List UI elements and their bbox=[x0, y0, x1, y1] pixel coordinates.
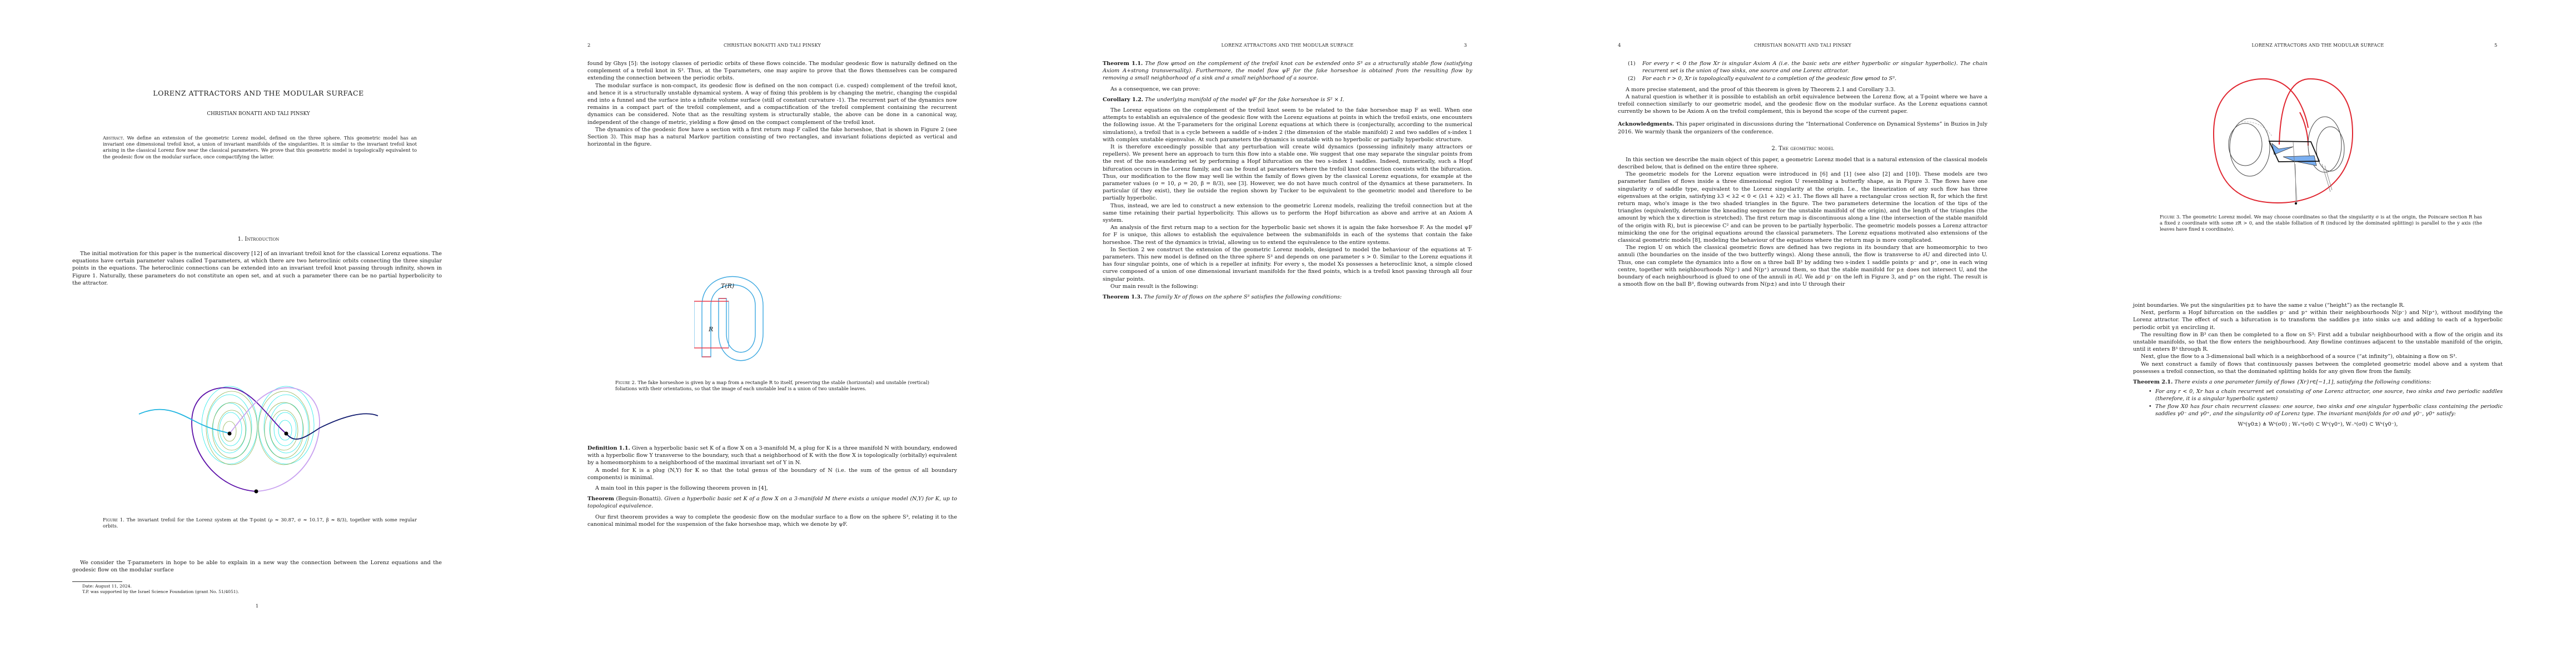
condition-item: The flow X0 has four chain recurrent cla… bbox=[2148, 403, 2503, 417]
paragraph: The geometric models for the Lorenz equa… bbox=[1618, 171, 1987, 244]
paragraph: The region U on which the classical geom… bbox=[1618, 244, 1987, 288]
footnote-date: Date: August 11, 2024. bbox=[82, 584, 239, 589]
page-2: 2 CHRISTIAN BONATTI AND TALI PINSKY foun… bbox=[515, 0, 1030, 667]
theorem-beguin-bonatti: Theorem (Beguin-Bonatti). Given a hyperb… bbox=[587, 495, 957, 510]
acknowledgments: Acknowledgments. This paper originated i… bbox=[1618, 121, 1987, 135]
paragraph: In this section we describe the main obj… bbox=[1618, 156, 1987, 171]
page-3: LORENZ ATTRACTORS AND THE MODULAR SURFAC… bbox=[1030, 0, 1546, 667]
figure-3-caption: Figure 3. The geometric Lorenz model. We… bbox=[2160, 214, 2482, 233]
theorem-label: Theorem 2.1. bbox=[2133, 379, 2173, 385]
abstract-text: We define an extension of the geometric … bbox=[103, 135, 417, 160]
paragraph: The resulting flow in B³ can then be com… bbox=[2133, 331, 2503, 354]
paper-authors: CHRISTIAN BONATTI AND TALI PINSKY bbox=[72, 111, 445, 117]
condition-item: (1)For every r < 0 the flow Xr is singul… bbox=[1628, 60, 1987, 74]
page-number: 3 bbox=[1464, 42, 1467, 48]
page-5: LORENZ ATTRACTORS AND THE MODULAR SURFAC… bbox=[2061, 0, 2576, 667]
figure-1-caption-text: The invariant trefoil for the Lorenz sys… bbox=[103, 517, 417, 529]
footnotes: Date: August 11, 2024. T.P. was supporte… bbox=[82, 584, 239, 595]
model-paragraph: A model for K is a plug (N,Y) for K so t… bbox=[587, 467, 957, 481]
paragraph: The dynamics of the geodesic flow have a… bbox=[587, 126, 957, 148]
page-4: 4 CHRISTIAN BONATTI AND TALI PINSKY (1)F… bbox=[1546, 0, 2061, 667]
theorem-text: The flow φmod on the complement of the t… bbox=[1103, 61, 1472, 81]
figure-3-label: Figure 3. bbox=[2160, 214, 2181, 220]
corollary-text: The underlying manifold of the model ψF … bbox=[1145, 97, 1344, 103]
theorem-text: There exists a one parameter family of f… bbox=[2174, 379, 2431, 385]
paragraph: We next construct a family of flows that… bbox=[2133, 361, 2503, 375]
item-text: For each r > 0, Xr is topologically equi… bbox=[1642, 76, 1896, 82]
definition-text: Given a hyperbolic basic set K of a flow… bbox=[587, 445, 957, 466]
section-title-introduction: 1. Introduction bbox=[72, 236, 445, 242]
condition-item: (2)For each r > 0, Xr is topologically e… bbox=[1628, 75, 1987, 82]
paragraph: A more precise statement, and the proof … bbox=[1618, 86, 1987, 93]
abstract: Abstract. We define an extension of the … bbox=[103, 135, 417, 160]
item-text: For every r < 0 the flow Xr is singular … bbox=[1642, 61, 1987, 74]
figure-3-caption-text: The geometric Lorenz model. We may choos… bbox=[2160, 214, 2482, 232]
definition-label: Definition 1.1. bbox=[587, 445, 630, 451]
paragraph: A natural question is whether it is poss… bbox=[1618, 93, 1987, 116]
corollary-1-2: Corollary 1.2. The underlying manifold o… bbox=[1103, 96, 1472, 103]
abstract-label: Abstract. bbox=[103, 135, 124, 141]
theorem-2-1: Theorem 2.1. There exists a one paramete… bbox=[2133, 379, 2503, 386]
paragraph: Next, glue the flow to a 3-dimensional b… bbox=[2133, 353, 2503, 360]
theorem-attribution: (Beguin-Bonatti). bbox=[616, 496, 662, 502]
paragraph: The Lorenz equations on the complement o… bbox=[1103, 107, 1472, 143]
figure-1-label: Figure 1. bbox=[103, 517, 124, 522]
theorem-conditions-list: For any r < 0, Xr has a chain recurrent … bbox=[2148, 388, 2503, 417]
condition-item: For any r < 0, Xr has a chain recurrent … bbox=[2148, 388, 2503, 402]
figure-3-geometric-lorenz-model bbox=[2211, 67, 2433, 211]
paragraph: joint boundaries. We put the singulariti… bbox=[2133, 302, 2503, 309]
formula: Wᵘ(γ0±) ⋔ Wˢ(σ0) ; W₊ᵘ(σ0) ⊂ Wˢ(γ0⁺), W₋… bbox=[2133, 421, 2503, 428]
page-3-body: Theorem 1.1. The flow φmod on the comple… bbox=[1103, 60, 1472, 301]
page-2-body: found by Ghys [5]: the isotopy classes o… bbox=[587, 60, 957, 148]
paragraph: found by Ghys [5]: the isotopy classes o… bbox=[587, 60, 957, 82]
theorem-1-3: Theorem 1.3. The family Xr of flows on t… bbox=[1103, 293, 1472, 301]
tool-paragraph: A main tool in this paper is the followi… bbox=[587, 485, 957, 492]
running-head: LORENZ ATTRACTORS AND THE MODULAR SURFAC… bbox=[2133, 43, 2503, 48]
intro-paragraph: The initial motivation for this paper is… bbox=[72, 250, 442, 287]
paragraph: The modular surface is non-compact, its … bbox=[587, 82, 957, 126]
paragraph: It is therefore exceedingly possible tha… bbox=[1103, 143, 1472, 202]
label-rect: R bbox=[708, 326, 713, 333]
theorem-text: The family Xr of flows on the sphere S³ … bbox=[1144, 294, 1342, 300]
item-label: (2) bbox=[1628, 75, 1636, 82]
paragraph-t-parameters: We consider the T-parameters in hope to … bbox=[72, 559, 442, 574]
figure-2-caption-text: The fake horseshoe is given by a map fro… bbox=[615, 380, 929, 391]
ack-label: Acknowledgments. bbox=[1618, 121, 1674, 127]
figure-1-lorenz-trefoil bbox=[136, 372, 381, 497]
theorem-1-1: Theorem 1.1. The flow φmod on the comple… bbox=[1103, 60, 1472, 82]
item-label: (1) bbox=[1628, 60, 1636, 67]
paragraph: Next, perform a Hopf bifurcation on the … bbox=[2133, 309, 2503, 331]
consequence: As a consequence, we can prove: bbox=[1103, 86, 1472, 93]
closing-paragraph: Our first theorem provides a way to comp… bbox=[587, 514, 957, 528]
figure-2-caption: Figure 2. The fake horseshoe is given by… bbox=[615, 380, 929, 392]
paragraph: In Section 2 we construct the extension … bbox=[1103, 246, 1472, 283]
label-image: T(R) bbox=[721, 282, 734, 290]
footnote-grant: T.P. was supported by the Israel Science… bbox=[82, 589, 239, 595]
paragraph: An analysis of the first return map to a… bbox=[1103, 224, 1472, 246]
page-2-definitions: Definition 1.1. Given a hyperbolic basic… bbox=[587, 445, 957, 528]
page-number: 5 bbox=[2494, 42, 2497, 48]
theorem-label: Theorem bbox=[587, 496, 614, 502]
page-4-body: (1)For every r < 0 the flow Xr is singul… bbox=[1618, 60, 1987, 288]
section-title-geometric-model: 2. The geometric model bbox=[1618, 146, 1987, 152]
page-number: 1 bbox=[72, 603, 442, 609]
figure-2-label: Figure 2. bbox=[615, 380, 636, 385]
page-5-body: joint boundaries. We put the singulariti… bbox=[2133, 302, 2503, 428]
running-head: LORENZ ATTRACTORS AND THE MODULAR SURFAC… bbox=[1103, 43, 1472, 48]
footnote-rule bbox=[72, 581, 122, 582]
running-head: CHRISTIAN BONATTI AND TALI PINSKY bbox=[587, 43, 957, 48]
paragraph: Thus, instead, we are led to construct a… bbox=[1103, 202, 1472, 225]
definition-1-1: Definition 1.1. Given a hyperbolic basic… bbox=[587, 445, 957, 467]
running-head: CHRISTIAN BONATTI AND TALI PINSKY bbox=[1618, 43, 1987, 48]
figure-1-caption: Figure 1. The invariant trefoil for the … bbox=[103, 517, 417, 529]
theorem-conditions-list: (1)For every r < 0 the flow Xr is singul… bbox=[1628, 60, 1987, 83]
paper-title: LORENZ ATTRACTORS AND THE MODULAR SURFAC… bbox=[72, 89, 445, 97]
theorem-label: Theorem 1.3. bbox=[1103, 294, 1142, 300]
figure-2-fake-horseshoe: T(R) R bbox=[694, 272, 783, 372]
paragraph: Our main result is the following: bbox=[1103, 283, 1472, 290]
theorem-label: Theorem 1.1. bbox=[1103, 61, 1143, 67]
page-1: LORENZ ATTRACTORS AND THE MODULAR SURFAC… bbox=[0, 0, 515, 667]
corollary-label: Corollary 1.2. bbox=[1103, 97, 1143, 103]
